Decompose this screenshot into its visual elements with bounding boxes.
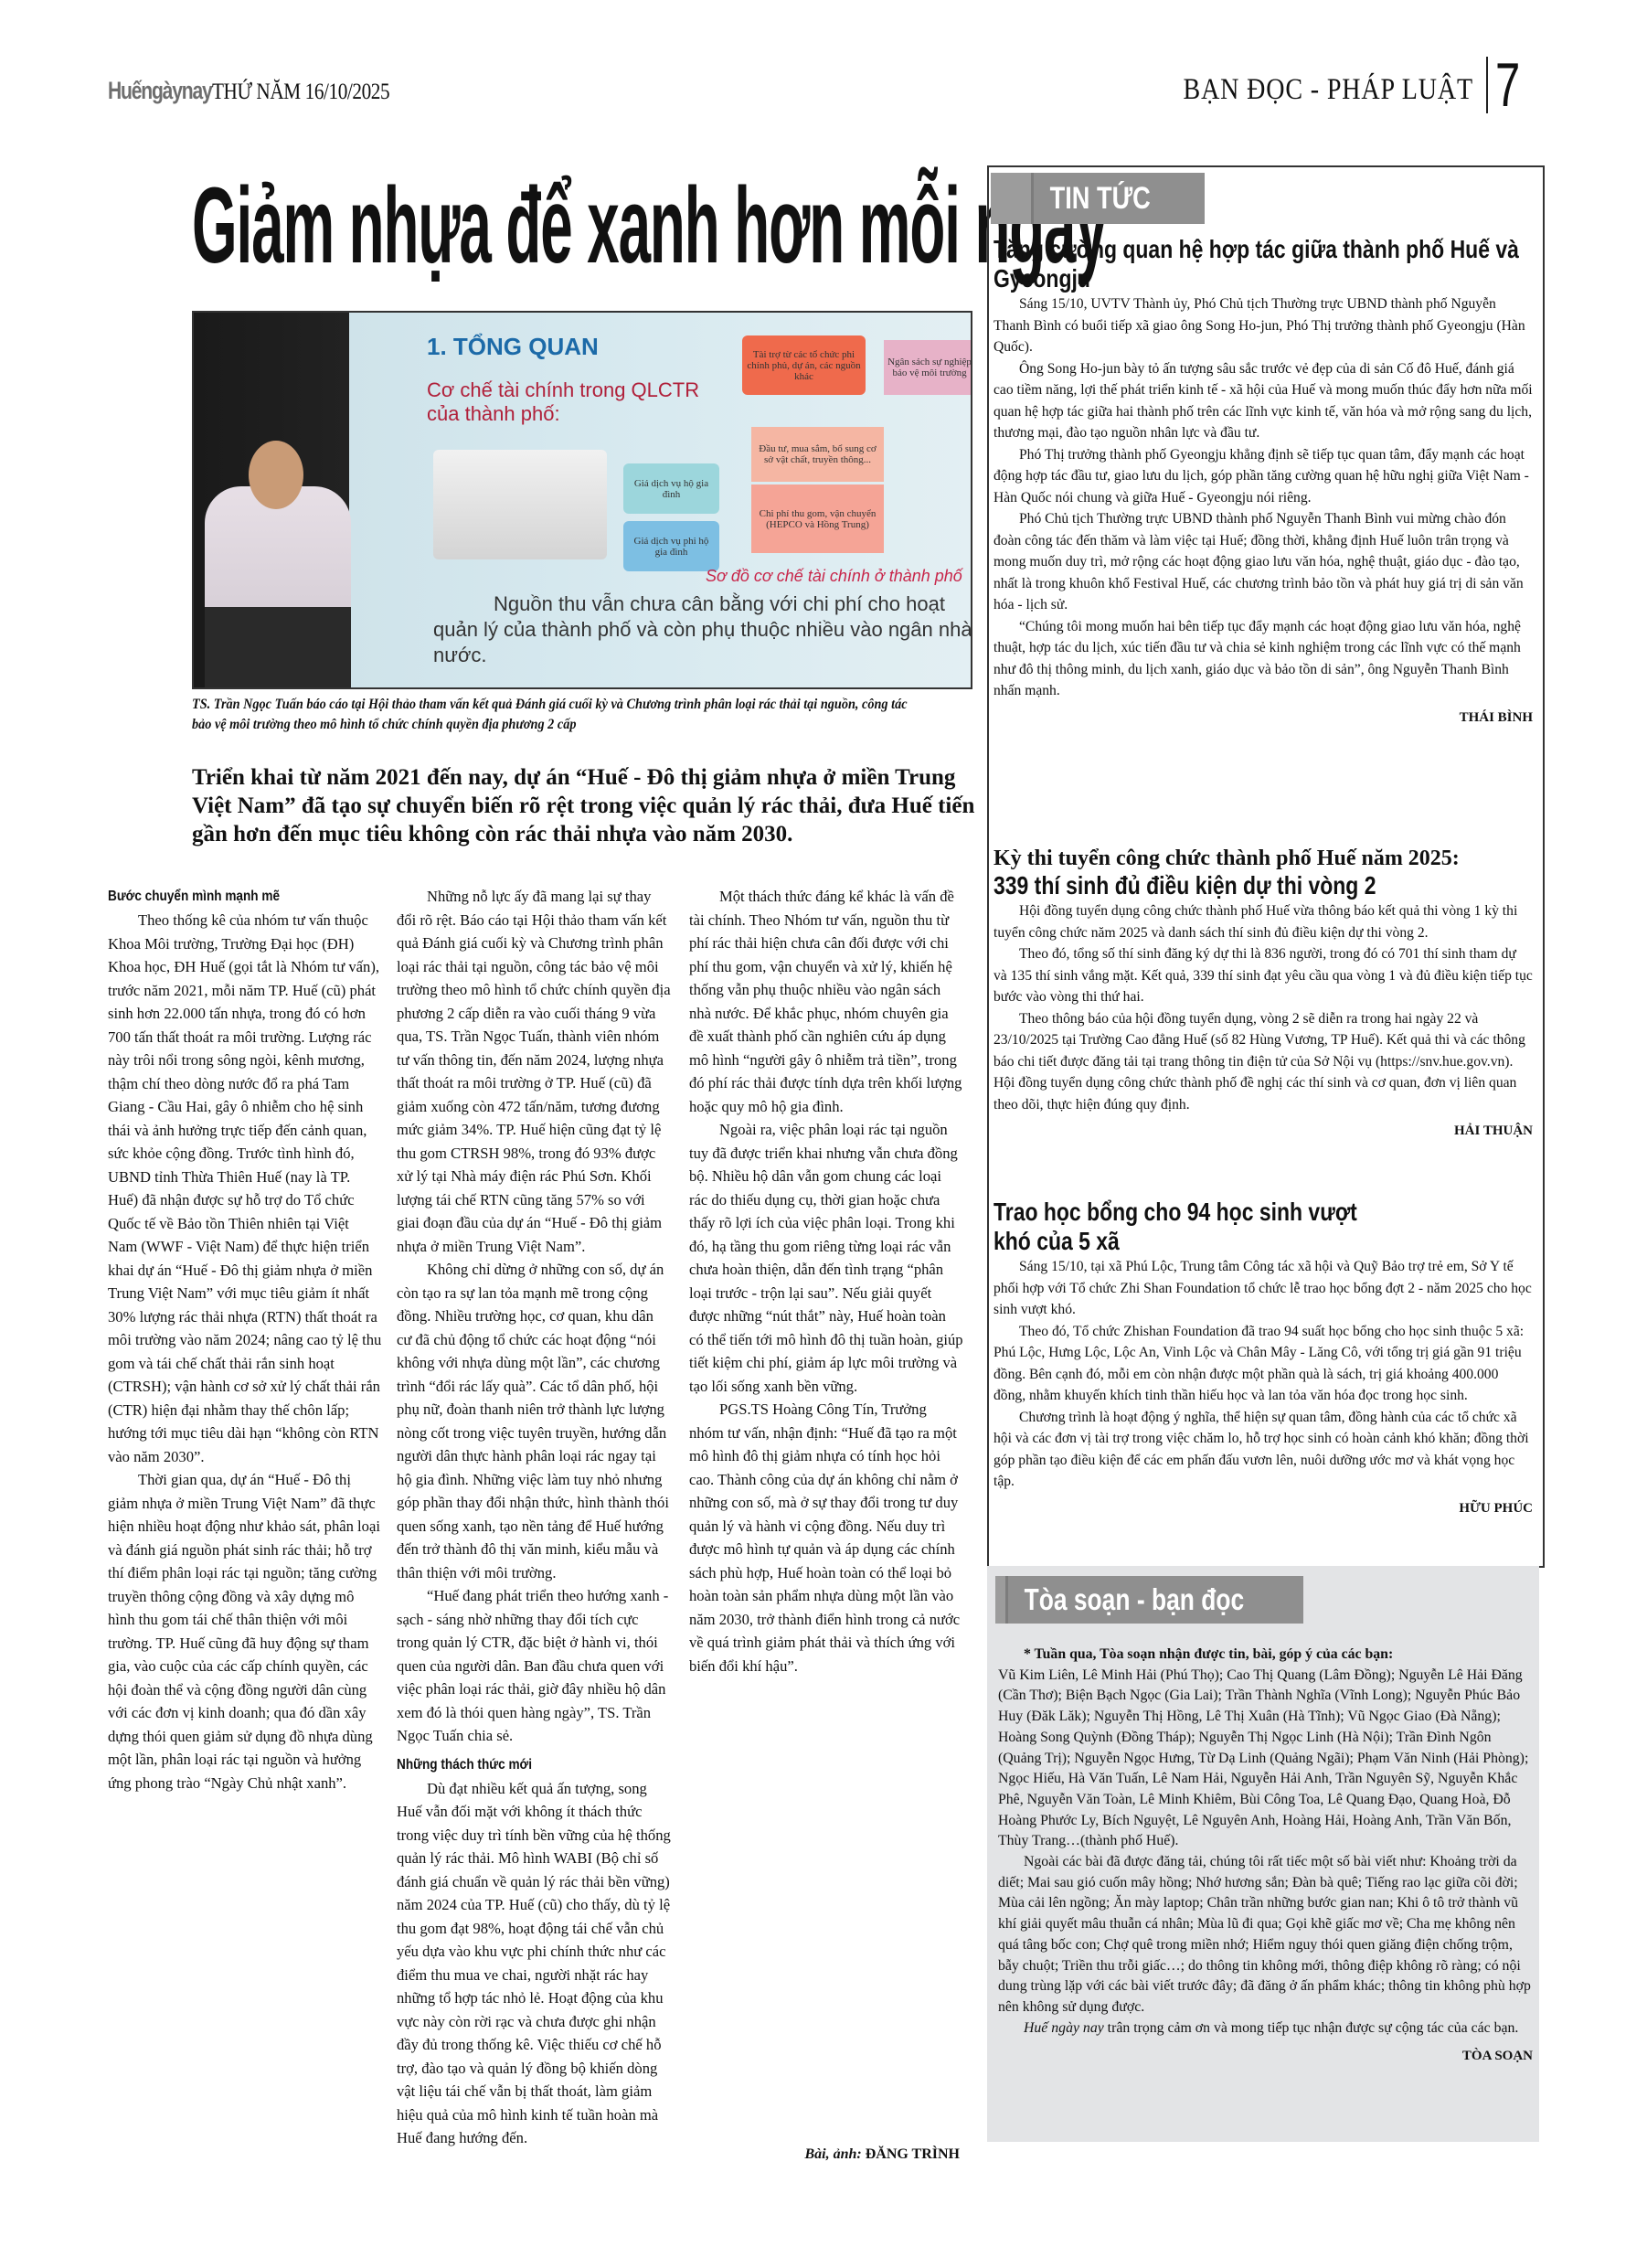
- paragraph: Theo thống kê của nhóm tư vấn thuộc Khoa…: [108, 909, 382, 1468]
- paragraph: Những nỗ lực ấy đã mang lại sự thay đổi …: [397, 885, 671, 1258]
- paragraph: Hội đồng tuyển dụng công chức thành phố …: [994, 900, 1533, 943]
- tag-label: TIN TỨC: [1034, 181, 1151, 217]
- paragraph: Chương trình là hoạt động ý nghĩa, thể h…: [994, 1407, 1533, 1493]
- slide-subtitle: Cơ chế tài chính trong QLCTR của thành p…: [427, 378, 701, 426]
- diagram-box-budget: Ngân sách sự nghiệp bảo vệ môi trường: [884, 340, 972, 395]
- issue-date: THỨ NĂM 16/10/2025: [212, 80, 389, 105]
- news-author: HẢI THUẬN: [994, 1121, 1533, 1143]
- page-number: 7: [1495, 57, 1520, 113]
- news-title: Trao học bổng cho 94 học sinh vượt khó c…: [994, 1198, 1383, 1256]
- masthead-right: BẠN ĐỌC - PHÁP LUẬT 7: [1131, 57, 1530, 113]
- paragraph: Phó Thị trưởng thành phố Gyeongju khẳng …: [994, 444, 1533, 509]
- thanks-note: Huế ngày nay trân trọng cảm ơn và mong t…: [998, 2018, 1533, 2039]
- article-byline: Bài, ảnh: ĐĂNG TRÌNH: [804, 2146, 960, 2163]
- article-photo: 1. TỔNG QUAN Cơ chế tài chính trong QLCT…: [192, 311, 972, 689]
- section-tag-reader: Tòa soạn - bạn đọc: [995, 1576, 1303, 1624]
- slide-body: Nguồn thu vẫn chưa cân bằng với chi phí …: [433, 591, 972, 668]
- paragraph: Phó Chủ tịch Thường trực UBND thành phố …: [994, 508, 1533, 616]
- news-author: THÁI BÌNH: [994, 708, 1533, 729]
- reader-box: Tòa soạn - bạn đọc * Tuần qua, Tòa soạn …: [987, 1566, 1539, 2142]
- slide-title: 1. TỔNG QUAN: [427, 333, 599, 361]
- reader-author: TÒA SOẠN: [998, 2046, 1533, 2067]
- paragraph: Theo đó, Tổ chức Zhishan Foundation đã t…: [994, 1321, 1533, 1407]
- paragraph: Ông Song Ho-jun bày tỏ ấn tượng sâu sắc …: [994, 358, 1533, 444]
- paragraph: Một thách thức đáng kể khác là vấn đề tà…: [689, 885, 963, 1118]
- main-headline: Giảm nhựa để xanh hơn mỗi ngày: [192, 157, 611, 294]
- speaker-head: [249, 441, 303, 509]
- section-tag-news: TIN TỨC: [991, 173, 1205, 224]
- masthead-left: Huếngàynay THỨ NĂM 16/10/2025: [108, 77, 420, 105]
- tag-stripe: [991, 173, 1034, 224]
- paragraph: Theo thông báo của hội đồng tuyển dụng, …: [994, 1008, 1533, 1116]
- byline-name: ĐĂNG TRÌNH: [866, 2146, 960, 2162]
- slide-caption: Sơ đồ cơ chế tài chính ở thành phố: [706, 567, 962, 586]
- paragraph: Dù đạt nhiều kết quả ấn tượng, song Huế …: [397, 1777, 671, 2150]
- news-title: 339 thí sinh đủ điều kiện dự thi vòng 2: [994, 871, 1533, 900]
- article-lead: Triển khai từ năm 2021 đến nay, dự án “H…: [192, 763, 978, 848]
- diagram-box-cost: Chi phí thu gom, vận chuyển (HEPCO và Hồ…: [751, 484, 884, 553]
- article-column-3: Một thách thức đáng kể khác là vấn đề tà…: [689, 885, 963, 1677]
- news-kicker: Kỳ thi tuyển công chức thành phố Huế năm…: [994, 846, 1533, 871]
- contributor-list: Vũ Kim Liên, Lê Minh Hải (Phú Thọ); Cao …: [998, 1666, 1533, 1852]
- rejected-articles: Ngoài các bài đã được đăng tải, chúng tô…: [998, 1852, 1533, 2018]
- news-box: TIN TỨC Tăng cường quan hệ hợp tác giữa …: [987, 165, 1545, 1568]
- reader-body: * Tuần qua, Tòa soạn nhận được tin, bài,…: [998, 1645, 1533, 2067]
- paragraph: Sáng 15/10, UVTV Thành ủy, Phó Chủ tịch …: [994, 293, 1533, 358]
- thanks-text: trân trọng cảm ơn và mong tiếp tục nhận …: [1104, 2020, 1519, 2036]
- photo-caption: TS. Trần Ngọc Tuấn báo cáo tại Hội thảo …: [192, 695, 915, 735]
- divider: [1486, 57, 1488, 113]
- diagram-box-funding: Tài trợ từ các tổ chức phi chính phủ, dự…: [742, 335, 866, 395]
- paragraph: “Huế đang phát triển theo hướng xanh - s…: [397, 1584, 671, 1748]
- tag-label: Tòa soạn - bạn đọc: [1008, 1582, 1244, 1617]
- publication-name: Huế ngày nay: [1024, 2020, 1104, 2036]
- speaker-figure: [205, 486, 351, 687]
- article-column-1: Bước chuyển mình mạnh mẽ Theo thống kê c…: [108, 885, 382, 1794]
- section-name: BẠN ĐỌC - PHÁP LUẬT: [1183, 73, 1481, 107]
- news-item: Trao học bổng cho 94 học sinh vượt khó c…: [994, 1198, 1533, 1519]
- paragraph: “Chúng tôi mong muốn hai bên tiếp tục đẩ…: [994, 616, 1533, 702]
- paragraph: Theo đó, tổng số thí sinh đăng ký dự thi…: [994, 943, 1533, 1008]
- reader-intro: * Tuần qua, Tòa soạn nhận được tin, bài,…: [998, 1645, 1533, 1666]
- subheading: Bước chuyển mình mạnh mẽ: [108, 885, 341, 909]
- diagram-box-nonhousehold-fee: Giá dịch vụ phi hộ gia đình: [623, 521, 719, 571]
- subheading: Những thách thức mới: [397, 1753, 630, 1777]
- diagram-box-invest: Đầu tư, mua sắm, bổ sung cơ sở vật chất,…: [751, 427, 884, 482]
- diagram-box-household-fee: Giá dịch vụ hộ gia đình: [623, 463, 719, 514]
- news-item: Tăng cường quan hệ hợp tác giữa thành ph…: [994, 235, 1533, 729]
- news-item: Kỳ thi tuyển công chức thành phố Huế năm…: [994, 846, 1533, 1143]
- byline-role: Bài, ảnh:: [804, 2146, 861, 2162]
- paragraph: Sáng 15/10, tại xã Phú Lộc, Trung tâm Cô…: [994, 1256, 1533, 1321]
- paragraph: Ngoài ra, việc phân loại rác tại nguồn t…: [689, 1118, 963, 1398]
- publication-logo: Huếngàynay: [108, 77, 179, 105]
- tag-stripe: [995, 1576, 1008, 1624]
- paragraph: Thời gian qua, dự án “Huế - Đô thị giảm …: [108, 1468, 382, 1794]
- article-column-2: Những nỗ lực ấy đã mang lại sự thay đổi …: [397, 885, 671, 2150]
- news-author: HỮU PHÚC: [994, 1498, 1533, 1520]
- truck-image: [433, 450, 607, 559]
- news-title: Tăng cường quan hệ hợp tác giữa thành ph…: [994, 235, 1533, 293]
- paragraph: PGS.TS Hoàng Công Tín, Trưởng nhóm tư vấ…: [689, 1398, 963, 1677]
- paragraph: Không chỉ dừng ở những con số, dự án còn…: [397, 1258, 671, 1584]
